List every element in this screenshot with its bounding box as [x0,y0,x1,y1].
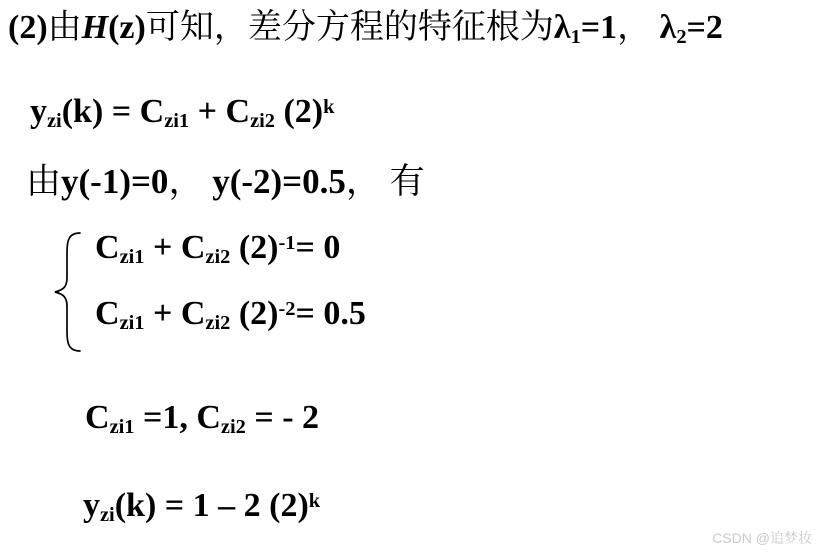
text-run: y [30,93,47,130]
system-brace [50,230,86,354]
text-run: + C [144,295,205,332]
text-run: (k) = 1 – 2 (2) [115,487,309,524]
text-run: ， [617,9,651,46]
text-run: = 0 [296,229,341,266]
text-run: zi2 [205,312,230,334]
text-run: zi2 [205,246,230,268]
text-run: zi1 [120,312,145,334]
text-run [651,9,660,46]
text-run: (z) [108,9,146,46]
text-run: zi [100,504,115,526]
text-run: C [85,399,110,436]
text-run: λ [660,9,677,46]
text-run: y(-2)=0.5 [203,162,345,201]
text-run: k [309,490,320,512]
text-run: =1 [581,9,617,46]
text-run: -2 [279,298,296,320]
text-run: =1, C [134,399,220,436]
text-run: (2) [230,295,278,332]
statement-initial-conditions: 由y(-1)=0， y(-2)=0.5， 有 [26,162,425,202]
text-run: y(-1)=0 [61,162,168,201]
text-run: 2 [676,26,686,48]
text-run: zi2 [250,110,275,132]
text-run: =2 [687,9,723,46]
final-solution: yzi(k) = 1 – 2 (2)k [83,486,320,525]
text-run: + C [189,93,250,130]
slide-page: (2)由H(z)可知，差分方程的特征根为λ1=1， λ2=2 yzi(k) = … [0,0,823,556]
text-run: ， [168,162,203,201]
text-run: zi1 [120,246,145,268]
equation-condition-2: Czi1 + Czi2 (2)-2= 0.5 [95,294,366,333]
text-run: C [95,295,120,332]
text-run: + C [144,229,205,266]
text-run: ， [346,162,381,201]
text-run: 由 [48,9,82,46]
text-run: (2) [275,93,323,130]
formula-general-solution: yzi(k) = Czi1 + Czi2 (2)k [30,92,334,131]
text-run: k [323,96,334,118]
text-run: = 0.5 [296,295,366,332]
text-run: -1 [279,232,296,254]
text-run: = - 2 [246,399,319,436]
text-run: zi1 [164,110,189,132]
text-run: 由 [26,162,61,201]
text-run: (2) [230,229,278,266]
text-run: zi2 [221,416,246,438]
text-run: 1 [571,26,581,48]
statement-characteristic-roots: (2)由H(z)可知，差分方程的特征根为λ1=1， λ2=2 [8,8,723,47]
text-run: C [95,229,120,266]
text-run: (2) [8,9,48,46]
text-run: (k) = C [62,93,164,130]
text-run: 可知，差分方程的特征根为 [146,9,554,46]
text-run: zi [47,110,62,132]
coefficients-result: Czi1 =1, Czi2 = - 2 [85,398,319,437]
text-run: y [83,487,100,524]
text-run: 有 [381,162,425,201]
text-run: H [82,9,108,46]
csdn-watermark: CSDN @追梦妆 [712,528,812,548]
text-run: zi1 [110,416,135,438]
text-run: λ [554,9,571,46]
equation-condition-1: Czi1 + Czi2 (2)-1= 0 [95,228,340,267]
